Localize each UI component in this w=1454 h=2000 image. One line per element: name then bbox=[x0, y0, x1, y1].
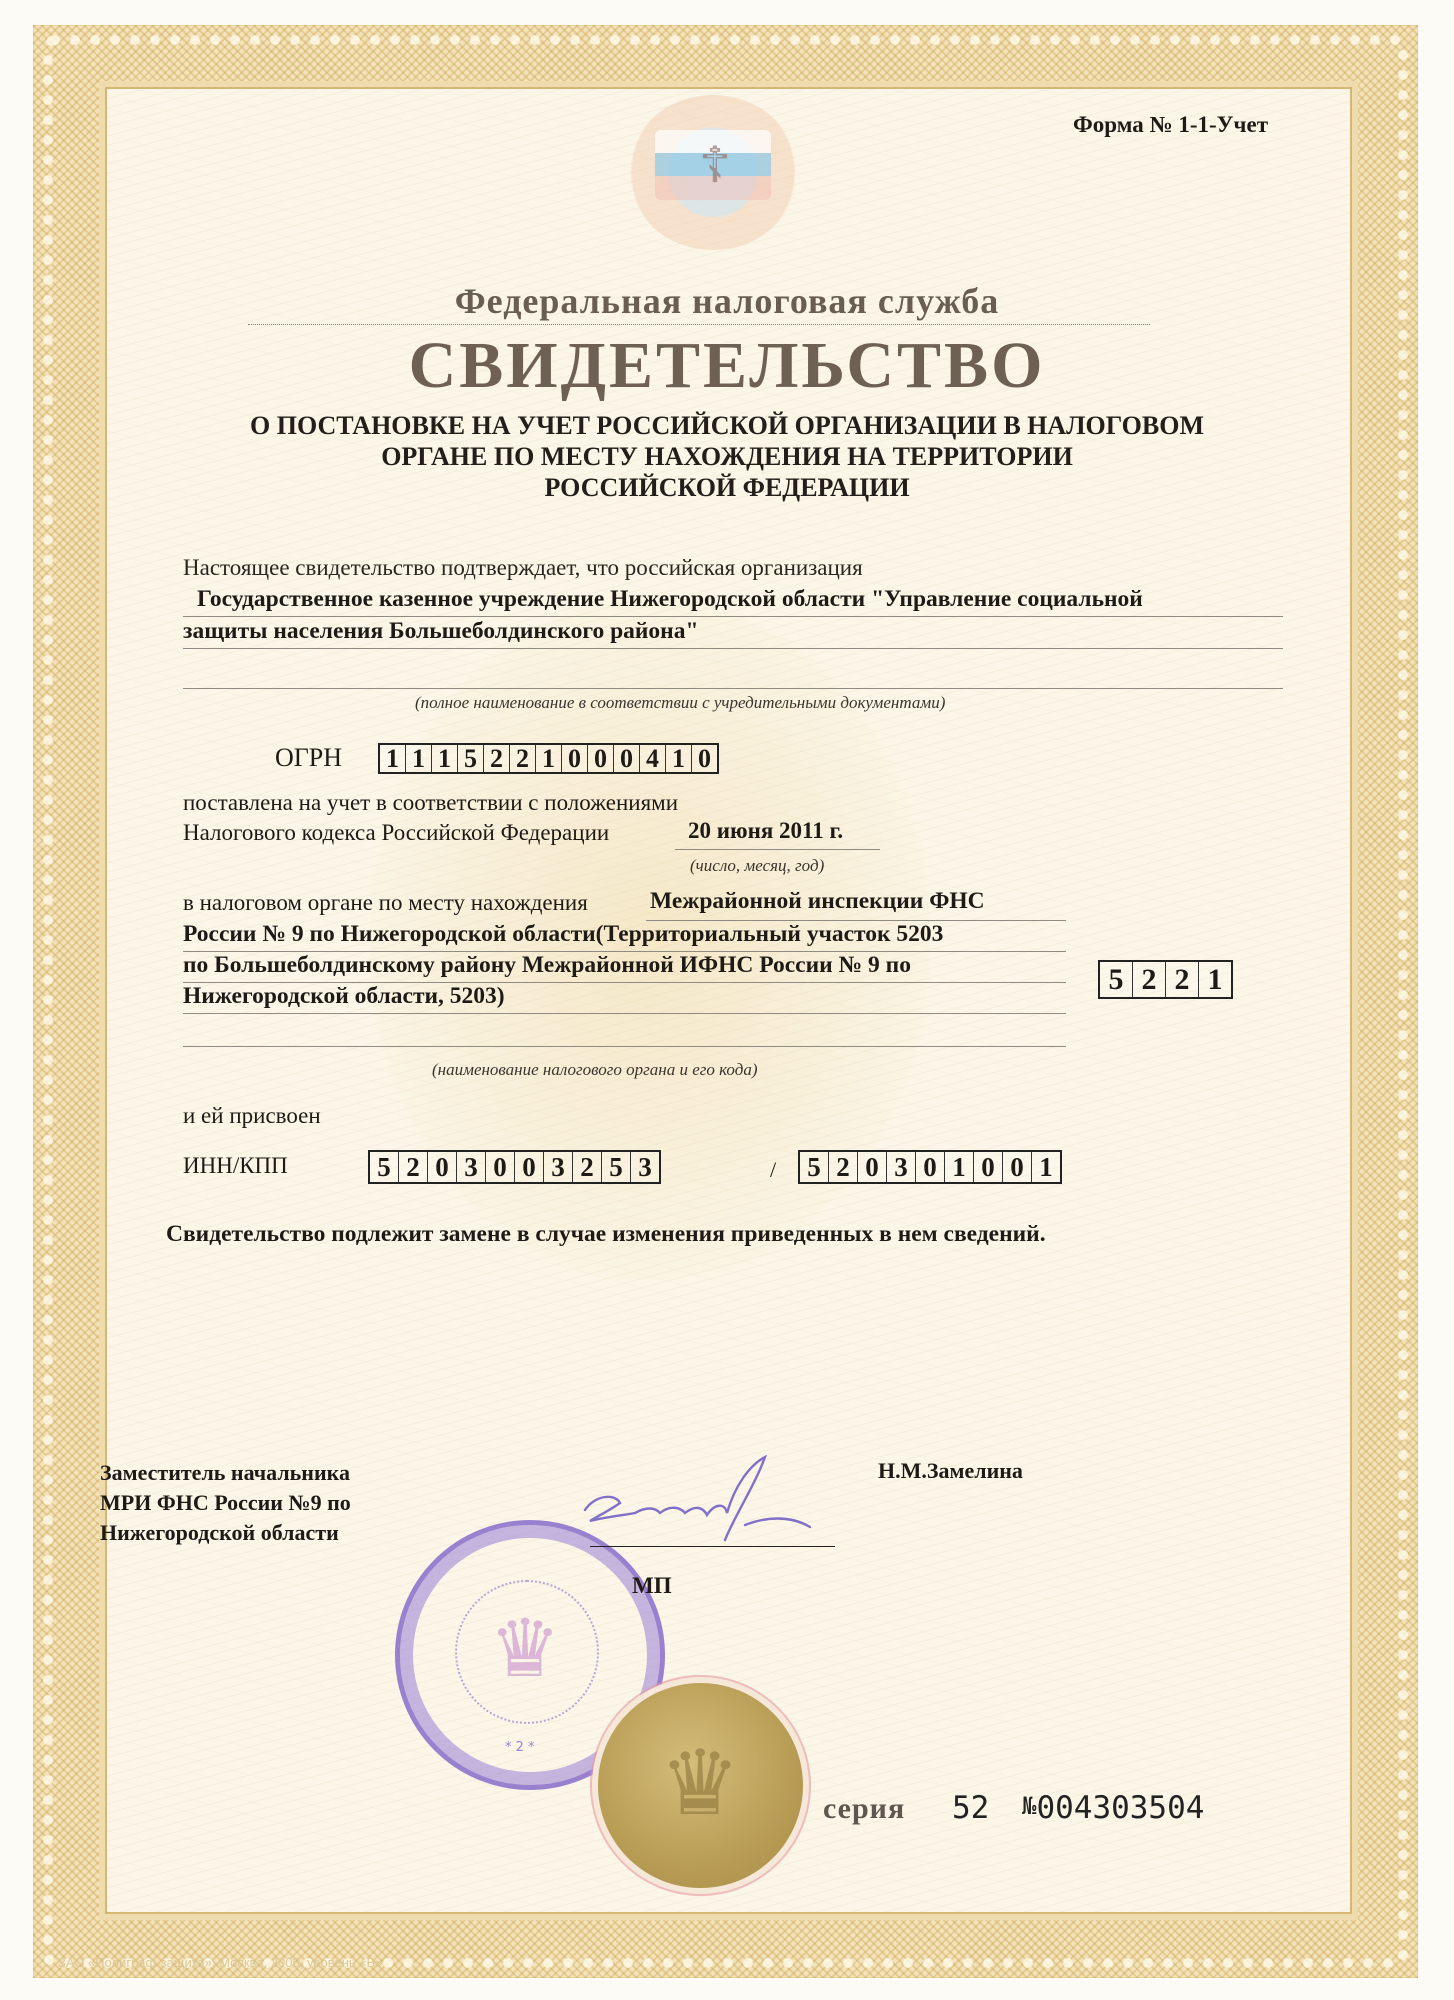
tax-authority-name-line: России № 9 по Нижегородской области(Терр… bbox=[183, 919, 943, 950]
inn-kpp-label: ИНН/КПП bbox=[183, 1153, 288, 1179]
digit-cell: 1 bbox=[1032, 1152, 1060, 1182]
digit-cell: 0 bbox=[1003, 1152, 1032, 1182]
digit-cell: 3 bbox=[631, 1152, 659, 1182]
agency-name: Федеральная налоговая служба bbox=[0, 280, 1454, 322]
signer-position-line: Заместитель начальника bbox=[100, 1458, 351, 1488]
tax-authority-name-line: по Большеболдинскому району Межрайонной … bbox=[183, 950, 943, 981]
signer-position-line: МРИ ФНС России №9 по bbox=[100, 1488, 351, 1518]
digit-cell: 0 bbox=[486, 1152, 515, 1182]
digit-cell: 0 bbox=[858, 1152, 887, 1182]
digit-cell: 5 bbox=[800, 1152, 829, 1182]
underline bbox=[183, 1013, 1066, 1014]
replacement-notice: Свидетельство подлежит замене в случае и… bbox=[166, 1221, 1046, 1248]
signer-name: Н.М.Замелина bbox=[878, 1458, 1023, 1484]
digit-cell: 2 bbox=[829, 1152, 858, 1182]
series-value: 52 bbox=[952, 1790, 989, 1826]
subtitle-line: ОРГАНЕ ПО МЕСТУ НАХОЖДЕНИЯ НА ТЕРРИТОРИИ bbox=[0, 441, 1454, 472]
certificate-number: №004303504 bbox=[1022, 1790, 1204, 1826]
document-title: СВИДЕТЕЛЬСТВО bbox=[0, 328, 1454, 404]
form-number: Форма № 1-1-Учет bbox=[1073, 112, 1268, 138]
kpp-digit-boxes: 5 2 0 3 0 1 0 0 1 bbox=[798, 1150, 1062, 1184]
underline bbox=[675, 849, 880, 850]
digit-cell: 1 bbox=[432, 745, 458, 772]
digit-cell: 3 bbox=[544, 1152, 573, 1182]
digit-cell: 0 bbox=[515, 1152, 544, 1182]
digit-cell: 2 bbox=[573, 1152, 602, 1182]
digit-cell: 1 bbox=[945, 1152, 974, 1182]
inn-digit-boxes: 5 2 0 3 0 0 3 2 5 3 bbox=[368, 1150, 661, 1184]
organization-intro: Настоящее свидетельство подтверждает, чт… bbox=[183, 555, 863, 581]
tax-authority-code-boxes: 5 2 2 1 bbox=[1098, 960, 1233, 999]
digit-cell: 5 bbox=[1100, 962, 1133, 997]
underline bbox=[183, 951, 1066, 952]
digit-cell: 1 bbox=[406, 745, 432, 772]
underline bbox=[646, 920, 1066, 921]
registration-line: поставлена на учет в соответствии с поло… bbox=[183, 788, 678, 818]
signer-position: Заместитель начальника МРИ ФНС России №9… bbox=[100, 1458, 351, 1548]
digit-cell: 0 bbox=[916, 1152, 945, 1182]
registration-date: 20 июня 2011 г. bbox=[688, 818, 843, 844]
digit-cell: 1 bbox=[1199, 962, 1231, 997]
signer-position-line: Нижегородской области bbox=[100, 1518, 351, 1548]
printer-imprint: ЗАО «Полиграф-защита», Москва, 2008, уро… bbox=[58, 1955, 382, 1970]
underline bbox=[183, 1046, 1066, 1047]
underline bbox=[183, 688, 1283, 689]
organization-name-line: Государственное казенное учреждение Ниже… bbox=[183, 583, 1283, 615]
digit-cell: 4 bbox=[640, 745, 666, 772]
subtitle-line: РОССИЙСКОЙ ФЕДЕРАЦИИ bbox=[0, 472, 1454, 503]
digit-cell: 1 bbox=[666, 745, 692, 772]
digit-cell: 0 bbox=[428, 1152, 457, 1182]
digit-cell: 2 bbox=[510, 745, 536, 772]
digit-cell: 0 bbox=[562, 745, 588, 772]
underline bbox=[183, 616, 1283, 617]
digit-cell: 3 bbox=[887, 1152, 916, 1182]
digit-cell: 2 bbox=[399, 1152, 428, 1182]
digit-cell: 1 bbox=[380, 745, 406, 772]
digit-cell: 5 bbox=[602, 1152, 631, 1182]
coat-of-arms-icon: ☦ bbox=[690, 130, 740, 200]
underline bbox=[183, 982, 1066, 983]
digit-cell: 5 bbox=[458, 745, 484, 772]
seal-eagle-icon: ♛ bbox=[640, 1720, 760, 1850]
digit-cell: 2 bbox=[1166, 962, 1199, 997]
tax-authority-hint: (наименование налогового органа и его ко… bbox=[432, 1060, 757, 1080]
digit-cell: 2 bbox=[1133, 962, 1166, 997]
registration-line: Налогового кодекса Российской Федерации bbox=[183, 818, 678, 848]
stamp-eagle-icon: ♛ bbox=[470, 1590, 580, 1710]
signature-line bbox=[590, 1546, 835, 1547]
certificate-number-value: 004303504 bbox=[1036, 1790, 1204, 1826]
inn-kpp-separator: / bbox=[770, 1157, 776, 1183]
tax-authority-name-line: Межрайонной инспекции ФНС bbox=[650, 888, 985, 915]
ogrn-digit-boxes: 1 1 1 5 2 2 1 0 0 0 4 1 0 bbox=[378, 743, 719, 774]
stamp-place-label: МП bbox=[632, 1573, 672, 1599]
series-label: серия bbox=[823, 1792, 905, 1826]
tax-authority-name-line: Нижегородской области, 5203) bbox=[183, 981, 943, 1012]
handwritten-signature bbox=[575, 1455, 815, 1545]
stamp-center-text: * 2 * bbox=[505, 1740, 535, 1755]
digit-cell: 1 bbox=[536, 745, 562, 772]
date-hint: (число, месяц, год) bbox=[690, 856, 824, 876]
subtitle-line: О ПОСТАНОВКЕ НА УЧЕТ РОССИЙСКОЙ ОРГАНИЗА… bbox=[0, 410, 1454, 441]
organization-name-hint: (полное наименование в соответствии с уч… bbox=[415, 693, 945, 713]
underline bbox=[183, 648, 1283, 649]
organization-name: Государственное казенное учреждение Ниже… bbox=[183, 583, 1283, 647]
tax-authority-name: России № 9 по Нижегородской области(Терр… bbox=[183, 919, 943, 1012]
organization-name-line: защиты населения Большеболдинского район… bbox=[183, 615, 1283, 647]
tax-authority-intro: в налоговом органе по месту нахождения bbox=[183, 890, 588, 916]
registration-basis: поставлена на учет в соответствии с поло… bbox=[183, 788, 678, 848]
digit-cell: 0 bbox=[588, 745, 614, 772]
digit-cell: 0 bbox=[614, 745, 640, 772]
digit-cell: 3 bbox=[457, 1152, 486, 1182]
agency-divider bbox=[248, 324, 1150, 325]
digit-cell: 2 bbox=[484, 745, 510, 772]
ogrn-label: ОГРН bbox=[275, 743, 342, 773]
number-sign: № bbox=[1022, 1792, 1036, 1820]
assignment-intro: и ей присвоен bbox=[183, 1103, 321, 1129]
digit-cell: 5 bbox=[370, 1152, 399, 1182]
digit-cell: 0 bbox=[692, 745, 717, 772]
document-subtitle: О ПОСТАНОВКЕ НА УЧЕТ РОССИЙСКОЙ ОРГАНИЗА… bbox=[0, 410, 1454, 503]
digit-cell: 0 bbox=[974, 1152, 1003, 1182]
